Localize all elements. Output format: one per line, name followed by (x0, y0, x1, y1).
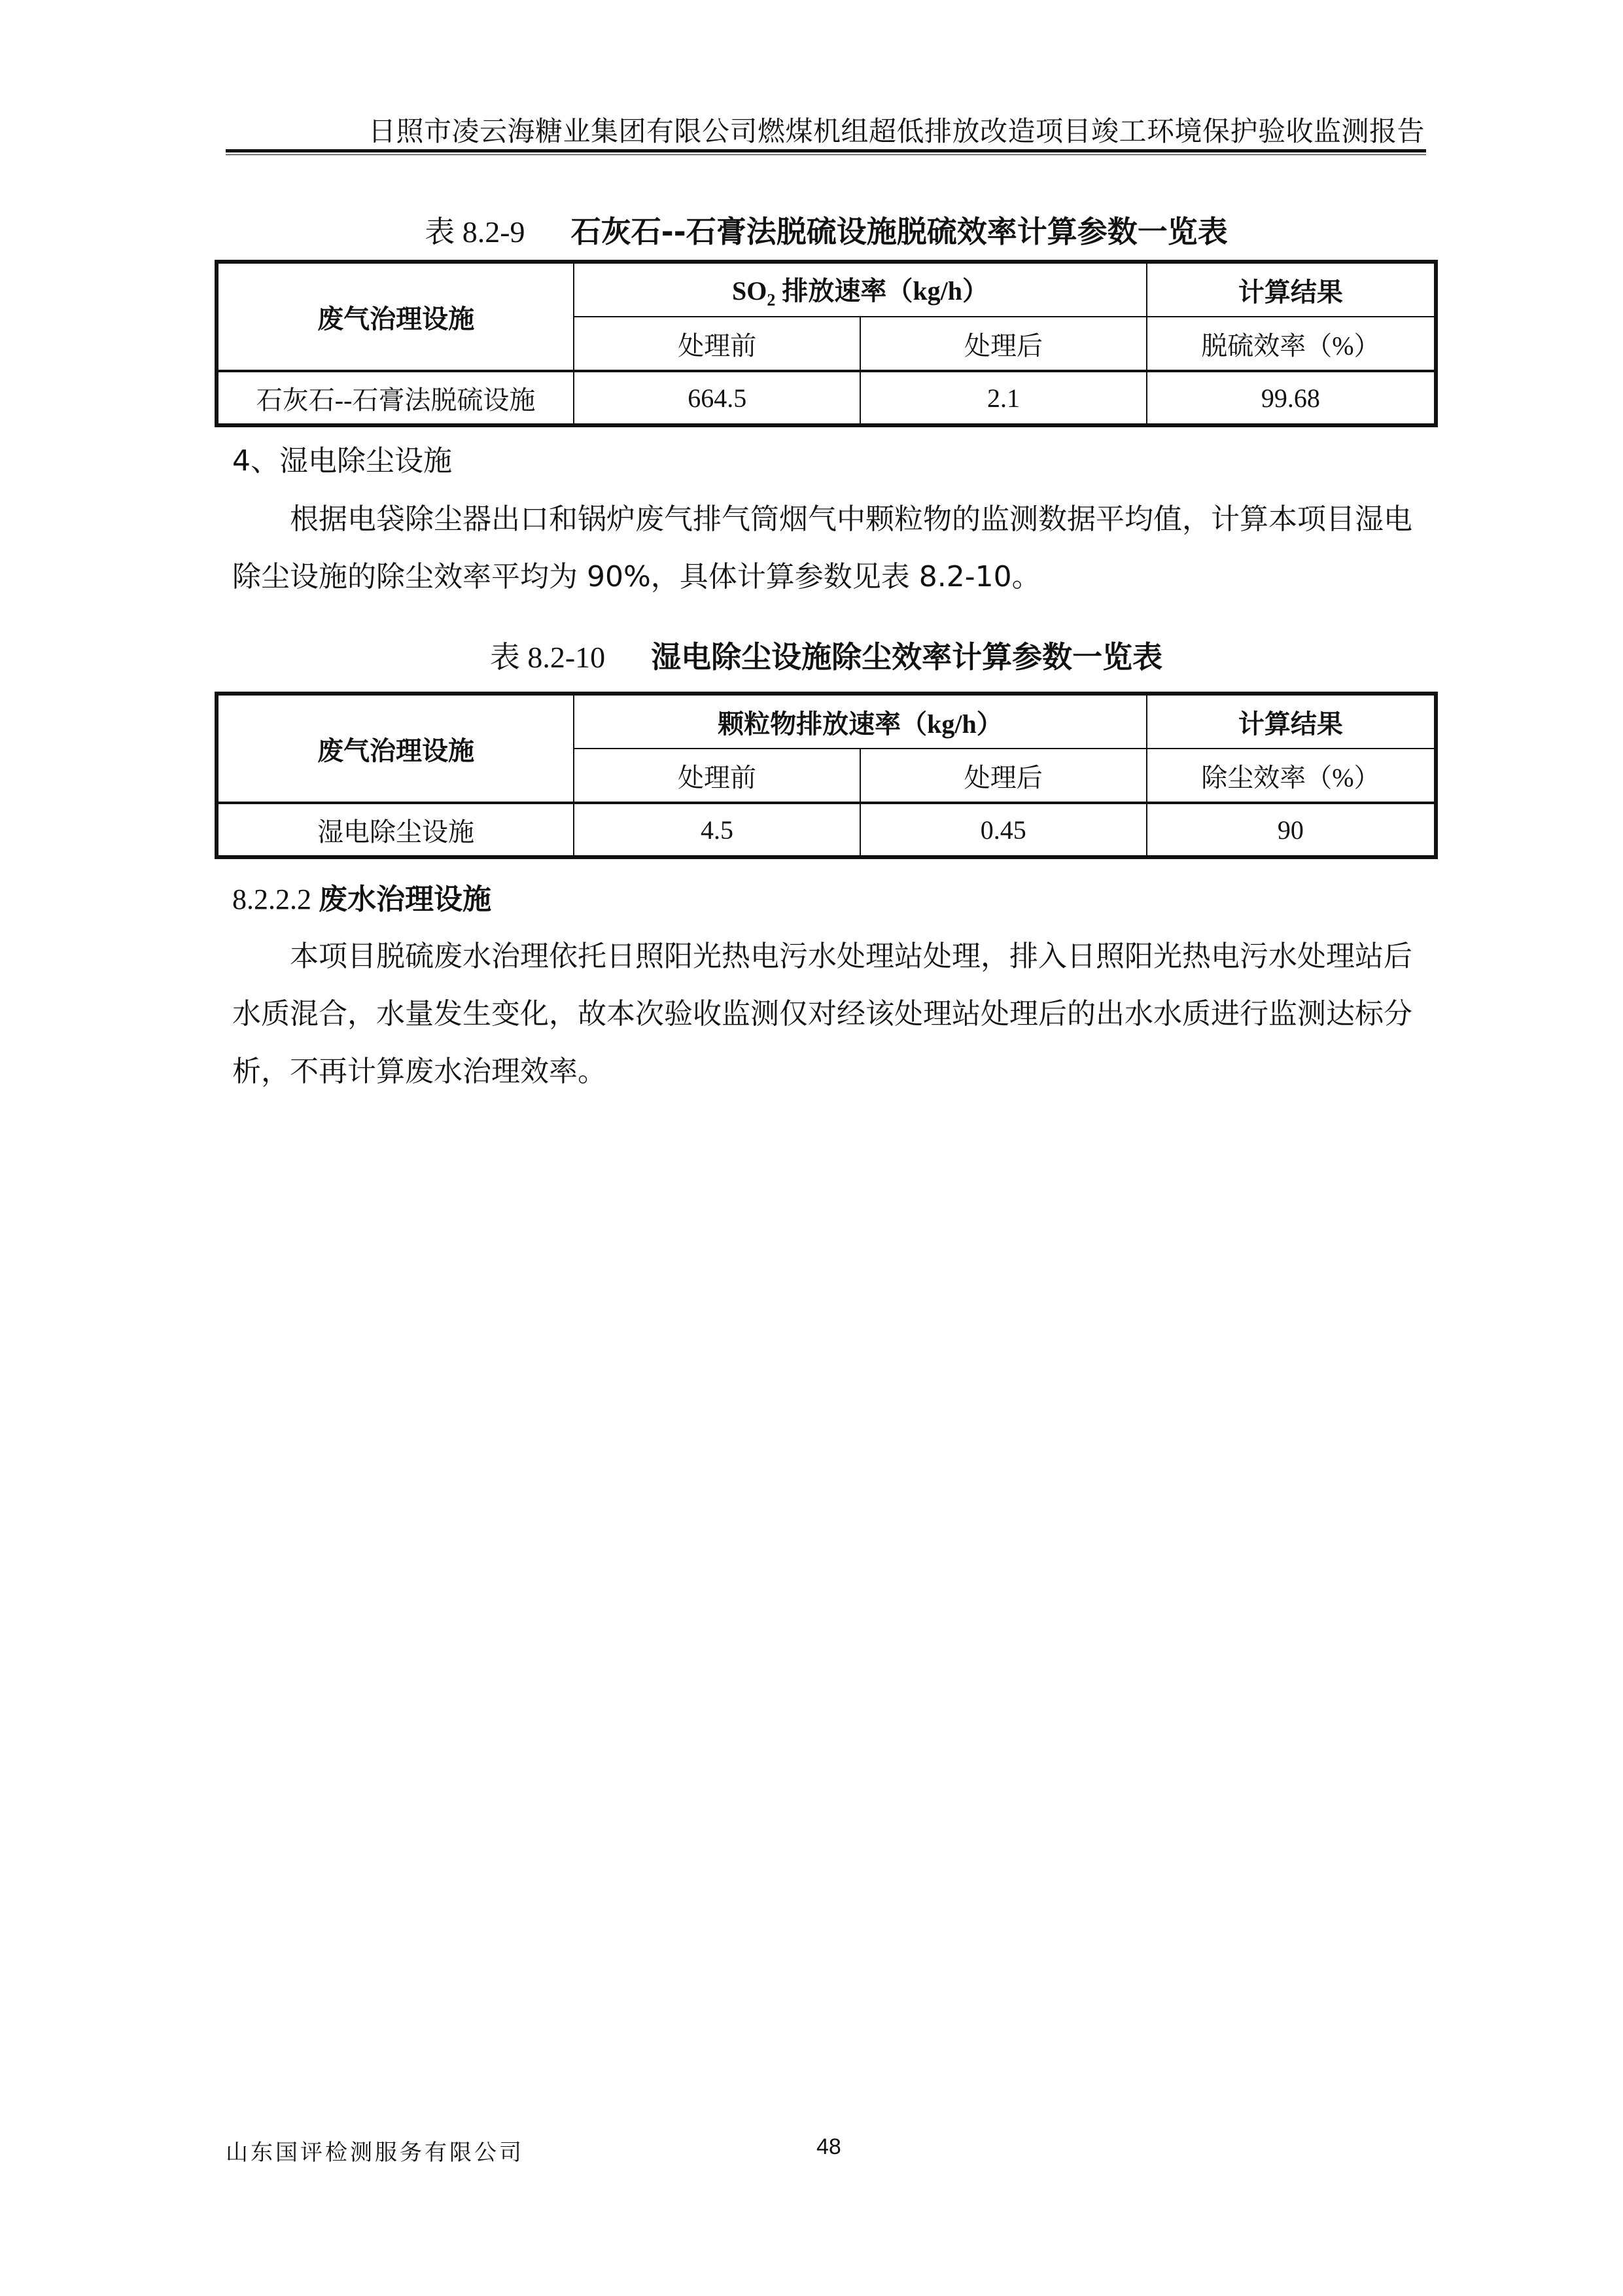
table1: 废气治理设施 SO2 排放速率（kg/h） 计算结果 处理前 处理后 脱硫效率（… (215, 260, 1438, 427)
table2-caption-number: 表 8.2-10 (490, 641, 605, 674)
section-8222-title: 废水治理设施 (319, 883, 491, 916)
section-8222-number: 8.2.2.2 (232, 883, 319, 915)
table2-row-before: 4.5 (574, 803, 860, 857)
table2-sub-efficiency: 除尘效率（%） (1147, 749, 1436, 803)
section-8222-paragraph: 本项目脱硫废水治理依托日照阳光热电污水处理站处理，排入日照阳光热电污水处理站后水… (232, 928, 1423, 1101)
table2-caption-title: 湿电除尘设施除尘效率计算参数一览表 (651, 639, 1162, 675)
table-row: 湿电除尘设施 4.5 0.45 90 (217, 803, 1436, 857)
table1-row-before: 664.5 (574, 371, 860, 425)
header-rule (226, 149, 1426, 152)
table1-caption-title: 石灰石--石膏法脱硫设施脱硫效率计算参数一览表 (571, 214, 1228, 249)
footer-company: 山东国评检测服务有限公司 (226, 2134, 524, 2166)
table1-row-facility: 石灰石--石膏法脱硫设施 (217, 371, 574, 425)
table1-header-rate: SO2 排放速率（kg/h） (574, 262, 1147, 317)
table1-caption-number: 表 8.2-9 (425, 215, 525, 249)
header-rule-thin (226, 154, 1426, 155)
page-header: 日照市凌云海糖业集团有限公司燃煤机组超低排放改造项目竣工环境保护验收监测报告 (229, 110, 1425, 149)
table2-row-facility: 湿电除尘设施 (217, 803, 574, 857)
table2-header-result: 计算结果 (1147, 694, 1436, 749)
table2-caption: 表 8.2-10湿电除尘设施除尘效率计算参数一览表 (215, 633, 1438, 677)
table2-sub-before: 处理前 (574, 749, 860, 803)
table1-sub-efficiency: 脱硫效率（%） (1147, 317, 1436, 371)
table1-row-after: 2.1 (860, 371, 1147, 425)
table1-header-facility: 废气治理设施 (217, 262, 574, 371)
table2-row-after: 0.45 (860, 803, 1147, 857)
section-8222-heading: 8.2.2.2 废水治理设施 (232, 875, 491, 917)
table1-row-efficiency: 99.68 (1147, 371, 1436, 425)
table2: 废气治理设施 颗粒物排放速率（kg/h） 计算结果 处理前 处理后 除尘效率（%… (215, 692, 1438, 859)
table1-caption: 表 8.2-9石灰石--石膏法脱硫设施脱硫效率计算参数一览表 (215, 208, 1438, 251)
table1-header-result: 计算结果 (1147, 262, 1436, 317)
section4-heading: 4、湿电除尘设施 (232, 437, 452, 479)
table2-row-efficiency: 90 (1147, 803, 1436, 857)
table1-sub-before: 处理前 (574, 317, 860, 371)
section4-paragraph: 根据电袋除尘器出口和锅炉废气排气筒烟气中颗粒物的监测数据平均值，计算本项目湿电除… (232, 491, 1423, 606)
table2-sub-after: 处理后 (860, 749, 1147, 803)
table2-header-rate: 颗粒物排放速率（kg/h） (574, 694, 1147, 749)
table2-header-facility: 废气治理设施 (217, 694, 574, 803)
table1-sub-after: 处理后 (860, 317, 1147, 371)
table-row: 石灰石--石膏法脱硫设施 664.5 2.1 99.68 (217, 371, 1436, 425)
page-number: 48 (816, 2134, 841, 2160)
